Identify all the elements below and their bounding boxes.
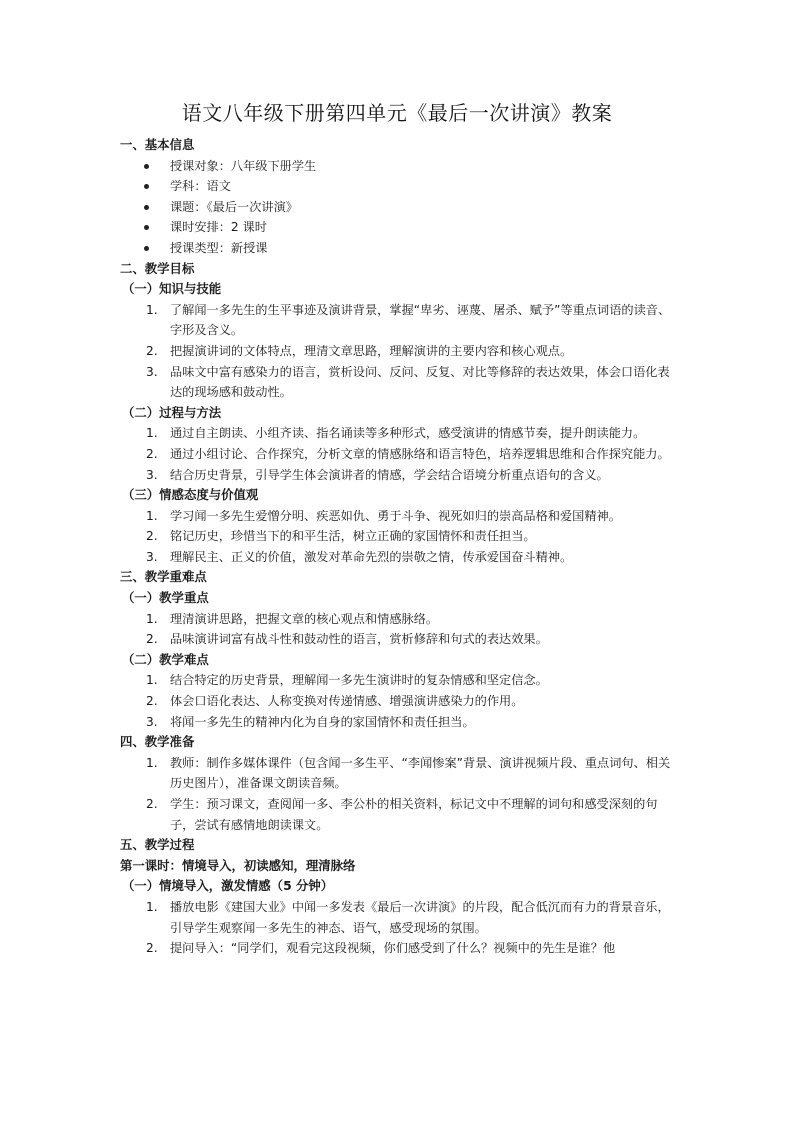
list-item: 2.铭记历史，珍惜当下的和平生活，树立正确的家国情怀和责任担当。	[146, 526, 680, 547]
list-item: 1.播放电影《建国大业》中闻一多发表《最后一次讲演》的片段，配合低沉而有力的背景…	[146, 897, 680, 938]
list-item: 授课对象：八年级下册学生	[144, 156, 680, 177]
list-item: 1.结合特定的历史背景，理解闻一多先生演讲时的复杂情感和坚定信念。	[146, 670, 680, 691]
preparation-list: 1.教师：制作多媒体课件（包含闻一多生平、“李闻惨案”背景、演讲视频片段、重点词…	[120, 753, 680, 835]
section-heading-key-points: 三、教学重难点	[120, 567, 680, 588]
document-body: 一、基本信息 授课对象：八年级下册学生 学科：语文 课题：《最后一次讲演》 课时…	[120, 135, 680, 959]
intro-list: 1.播放电影《建国大业》中闻一多发表《最后一次讲演》的片段，配合低沉而有力的背景…	[120, 897, 680, 959]
knowledge-list: 1.了解闻一多先生的生平事迹及演讲背景，掌握“卑劣、诬蔑、屠杀、赋予”等重点词语…	[120, 300, 680, 403]
list-item: 课题：《最后一次讲演》	[144, 197, 680, 218]
document-title: 语文八年级下册第四单元《最后一次讲演》教案	[0, 99, 794, 127]
subheading-intro: （一）情境导入，激发情感（5 分钟）	[122, 876, 680, 897]
bullet-icon	[144, 184, 149, 189]
section-heading-objectives: 二、教学目标	[120, 259, 680, 280]
list-item: 授课类型：新授课	[144, 238, 680, 259]
list-item: 2.学生：预习课文，查阅闻一多、李公朴的相关资料，标记文中不理解的词句和感受深刻…	[146, 794, 680, 835]
list-item: 2.品味演讲词富有战斗性和鼓动性的语言，赏析修辞和句式的表达效果。	[146, 629, 680, 650]
list-item: 1.学习闻一多先生爱憎分明、疾恶如仇、勇于斗争、视死如归的崇高品格和爱国精神。	[146, 506, 680, 527]
bullet-icon	[144, 225, 149, 230]
list-item: 1.了解闻一多先生的生平事迹及演讲背景，掌握“卑劣、诬蔑、屠杀、赋予”等重点词语…	[146, 300, 680, 341]
list-item: 3.理解民主、正义的价值，激发对革命先烈的崇敬之情，传承爱国奋斗精神。	[146, 547, 680, 568]
lesson-1-heading: 第一课时：情境导入，初读感知，理清脉络	[120, 856, 680, 877]
subheading-emotion-values: （三）情感态度与价值观	[122, 485, 680, 506]
section-heading-teaching-process: 五、教学过程	[120, 835, 680, 856]
process-method-list: 1.通过自主朗读、小组齐读、指名诵读等多种形式，感受演讲的情感节奏，提升朗读能力…	[120, 423, 680, 485]
list-item: 课时安排：2 课时	[144, 217, 680, 238]
list-item: 1.通过自主朗读、小组齐读、指名诵读等多种形式，感受演讲的情感节奏，提升朗读能力…	[146, 423, 680, 444]
emotion-values-list: 1.学习闻一多先生爱憎分明、疾恶如仇、勇于斗争、视死如归的崇高品格和爱国精神。 …	[120, 506, 680, 568]
bullet-icon	[144, 246, 149, 251]
list-item: 2.提问导入：“同学们，观看完这段视频，你们感受到了什么？视频中的先生是谁？他	[146, 938, 680, 959]
subheading-difficulty: （二）教学难点	[122, 650, 680, 671]
subheading-knowledge: （一）知识与技能	[122, 279, 680, 300]
difficulty-list: 1.结合特定的历史背景，理解闻一多先生演讲时的复杂情感和坚定信念。 2.体会口语…	[120, 670, 680, 732]
subheading-process-method: （二）过程与方法	[122, 403, 680, 424]
list-item: 1.教师：制作多媒体课件（包含闻一多生平、“李闻惨案”背景、演讲视频片段、重点词…	[146, 753, 680, 794]
list-item: 1.理清演讲思路，把握文章的核心观点和情感脉络。	[146, 609, 680, 630]
list-item: 学科：语文	[144, 176, 680, 197]
bullet-icon	[144, 205, 149, 210]
bullet-icon	[144, 164, 149, 169]
list-item: 2.体会口语化表达、人称变换对传递情感、增强演讲感染力的作用。	[146, 691, 680, 712]
section-heading-basic-info: 一、基本信息	[120, 135, 680, 156]
basic-info-list: 授课对象：八年级下册学生 学科：语文 课题：《最后一次讲演》 课时安排：2 课时…	[120, 156, 680, 259]
list-item: 3.结合历史背景，引导学生体会演讲者的情感，学会结合语境分析重点语句的含义。	[146, 465, 680, 486]
subheading-focus: （一）教学重点	[122, 588, 680, 609]
list-item: 3.将闻一多先生的精神内化为自身的家国情怀和责任担当。	[146, 712, 680, 733]
list-item: 3.品味文中富有感染力的语言，赏析设问、反问、反复、对比等修辞的表达效果，体会口…	[146, 362, 680, 403]
section-heading-preparation: 四、教学准备	[120, 732, 680, 753]
list-item: 2.把握演讲词的文体特点，理清文章思路，理解演讲的主要内容和核心观点。	[146, 341, 680, 362]
list-item: 2.通过小组讨论、合作探究，分析文章的情感脉络和语言特色，培养逻辑思维和合作探究…	[146, 444, 680, 465]
document-page: 语文八年级下册第四单元《最后一次讲演》教案 一、基本信息 授课对象：八年级下册学…	[0, 0, 794, 1123]
focus-list: 1.理清演讲思路，把握文章的核心观点和情感脉络。 2.品味演讲词富有战斗性和鼓动…	[120, 609, 680, 650]
